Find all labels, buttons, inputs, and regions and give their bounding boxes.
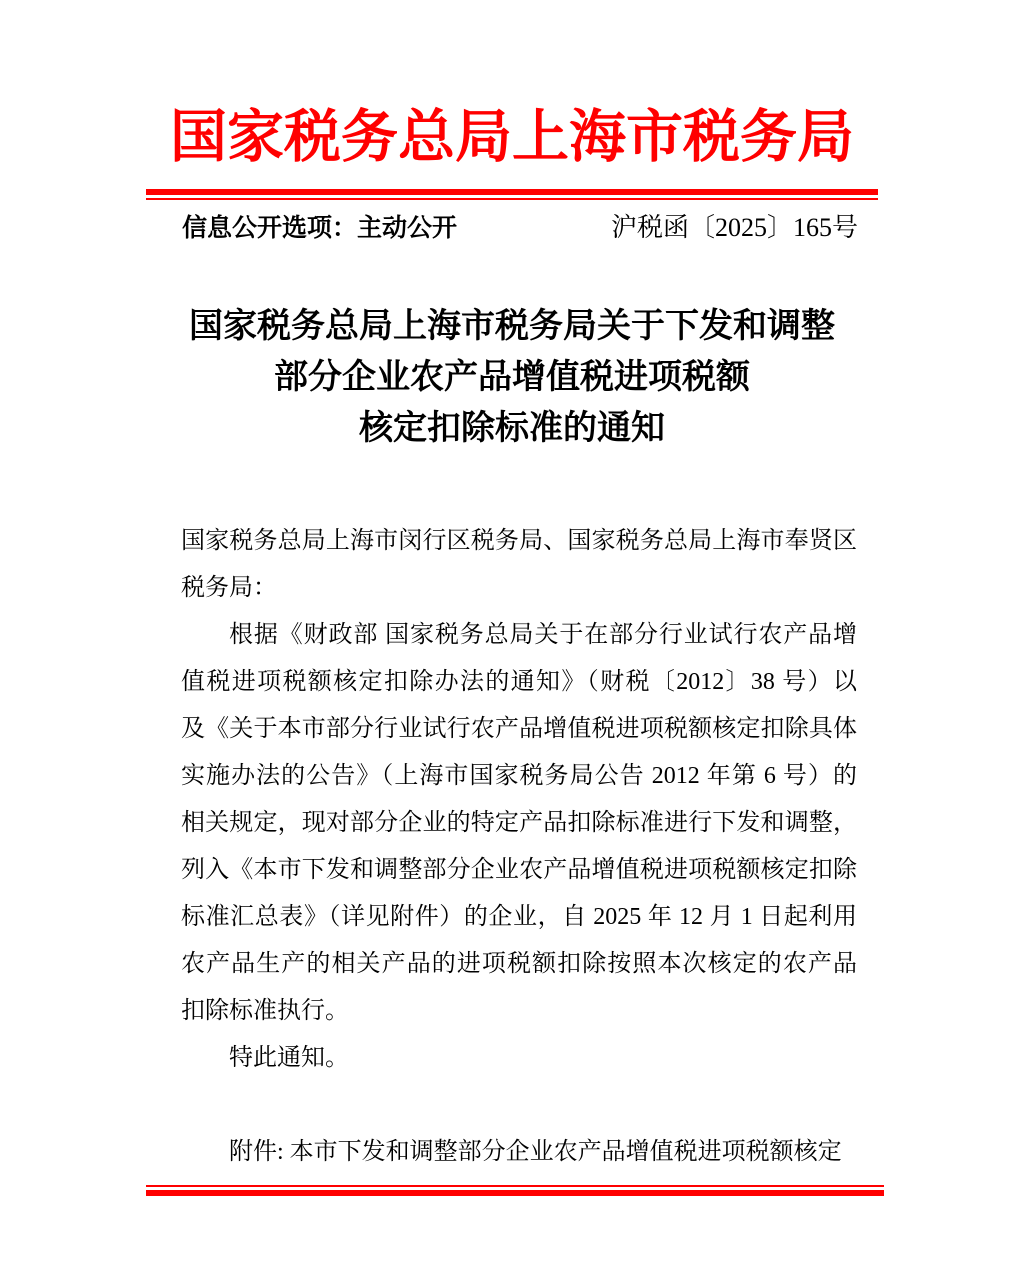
document-number: 沪税函〔2025〕165号 [611, 212, 858, 244]
title-line-1: 国家税务总局上海市税务局关于下发和调整 [0, 301, 1024, 352]
rule-thick-bar [146, 1190, 884, 1196]
official-document-page: 国家税务总局上海市税务局 信息公开选项：主动公开 沪税函〔2025〕165号 国… [0, 0, 1024, 1280]
body-line: 实施办法的公告》（上海市国家税务局公告 2012 年第 6 号）的 [181, 753, 857, 800]
document-title: 国家税务总局上海市税务局关于下发和调整 部分企业农产品增值税进项税额 核定扣除标… [0, 301, 1024, 454]
body-line: 列入《本市下发和调整部分企业农产品增值税进项税额核定扣除 [181, 847, 857, 894]
body-line: 税务局： [181, 565, 857, 612]
body-line: 国家税务总局上海市闵行区税务局、国家税务总局上海市奉贤区 [181, 518, 857, 565]
body-line: 根据《财政部 国家税务总局关于在部分行业试行农产品增 [181, 612, 857, 659]
title-line-2: 部分企业农产品增值税进项税额 [0, 352, 1024, 403]
footer-double-rule [146, 1185, 884, 1196]
rule-thin-bar [146, 1185, 884, 1187]
body-line: 附件: 本市下发和调整部分企业农产品增值税进项税额核定 [181, 1129, 857, 1176]
body-line: 值税进项税额核定扣除办法的通知》（财税〔2012〕38 号）以 [181, 659, 857, 706]
document-body: 国家税务总局上海市闵行区税务局、国家税务总局上海市奉贤区税务局：根据《财政部 国… [181, 518, 857, 1176]
title-line-3: 核定扣除标准的通知 [0, 403, 1024, 454]
rule-thick-bar [146, 189, 878, 195]
body-line: 农产品生产的相关产品的进项税额扣除按照本次核定的农产品 [181, 941, 857, 988]
body-line: 标准汇总表》（详见附件）的企业，自 2025 年 12 月 1 日起利用 [181, 894, 857, 941]
disclosure-option-label: 信息公开选项：主动公开 [182, 212, 457, 244]
masthead-double-rule [146, 189, 878, 200]
agency-masthead: 国家税务总局上海市税务局 [0, 96, 1024, 180]
body-line: 相关规定，现对部分企业的特定产品扣除标准进行下发和调整， [181, 800, 857, 847]
document-meta-row: 信息公开选项：主动公开 沪税函〔2025〕165号 [182, 212, 858, 244]
body-line: 及《关于本市部分行业试行农产品增值税进项税额核定扣除具体 [181, 706, 857, 753]
body-line: 扣除标准执行。 [181, 988, 857, 1035]
rule-thin-bar [146, 198, 878, 200]
body-line: 特此通知。 [181, 1035, 857, 1082]
